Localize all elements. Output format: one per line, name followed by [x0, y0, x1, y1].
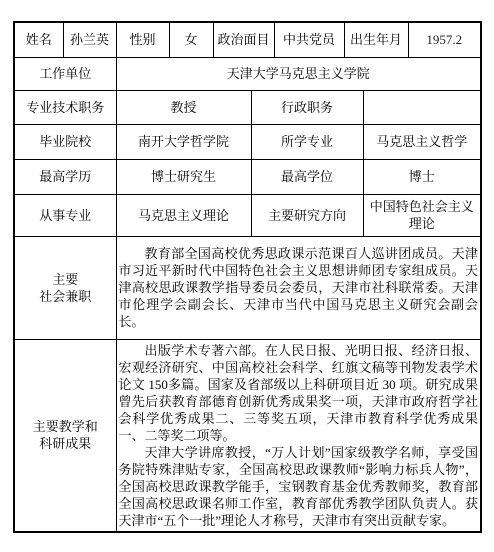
admin-post-label-cell: 行政职务	[251, 90, 363, 124]
social-posts-paragraph: 教育部全国高校优秀思政课示范课百人巡讲团成员。天津市习近平新时代中国特色社会主义…	[119, 245, 479, 330]
admin-post-value-cell	[363, 90, 481, 124]
row-achievements: 主要教学和 科研成果 出版学术专著六部。在人民日报、光明日报、经济日报、宏观经济…	[14, 339, 481, 532]
achievements-label-cell: 主要教学和 科研成果	[14, 339, 116, 532]
row-social-posts: 主要 社会兼职 教育部全国高校优秀思政课示范课百人巡讲团成员。天津市习近平新时代…	[14, 236, 481, 339]
highest-degree-label-cell: 最高学位	[251, 159, 363, 194]
achievements-label-line1: 主要教学和	[17, 418, 114, 435]
gender-value-cell: 女	[169, 22, 213, 57]
professional-title-label-cell: 专业技术职务	[14, 90, 116, 124]
highest-education-value-cell: 博士研究生	[116, 159, 251, 194]
row-work-unit: 工作单位 天津大学马克思主义学院	[14, 57, 481, 90]
field-label-cell: 从事专业	[14, 194, 116, 236]
birth-date-value-cell: 1957.2	[408, 22, 481, 57]
major-value-cell: 马克思主义哲学	[363, 124, 481, 159]
achievements-paragraph-1: 出版学术专著六部。在人民日报、光明日报、经济日报、宏观经济研究、中国高校社会科学…	[119, 342, 479, 444]
social-posts-label-line1: 主要	[17, 271, 114, 288]
professional-title-value-cell: 教授	[116, 90, 251, 124]
personnel-info-table: 姓名 孙兰英 性别 女 政治面目 中共党员 出生年月 1957.2 工作单位 天…	[13, 21, 482, 533]
row-titles: 专业技术职务 教授 行政职务	[14, 90, 481, 124]
political-status-value-cell: 中共党员	[274, 22, 344, 57]
social-posts-content-cell: 教育部全国高校优秀思政课示范课百人巡讲团成员。天津市习近平新时代中国特色社会主义…	[116, 236, 481, 339]
social-posts-label-line2: 社会兼职	[17, 288, 114, 305]
row-basic-info: 姓名 孙兰英 性别 女 政治面目 中共党员 出生年月 1957.2	[14, 22, 481, 57]
achievements-label-line2: 科研成果	[17, 435, 114, 452]
social-posts-label-cell: 主要 社会兼职	[14, 236, 116, 339]
research-direction-value-cell: 中国特色社会主义理论	[363, 194, 481, 236]
graduate-school-value-cell: 南开大学哲学院	[116, 124, 251, 159]
row-education-school: 毕业院校 南开大学哲学院 所学专业 马克思主义哲学	[14, 124, 481, 159]
birth-date-label-cell: 出生年月	[344, 22, 408, 57]
document-page: 姓名 孙兰英 性别 女 政治面目 中共党员 出生年月 1957.2 工作单位 天…	[0, 0, 494, 552]
row-degree: 最高学历 博士研究生 最高学位 博士	[14, 159, 481, 194]
achievements-content-cell: 出版学术专著六部。在人民日报、光明日报、经济日报、宏观经济研究、中国高校社会科学…	[116, 339, 481, 532]
work-unit-label-cell: 工作单位	[14, 57, 116, 90]
research-direction-label-cell: 主要研究方向	[251, 194, 363, 236]
highest-education-label-cell: 最高学历	[14, 159, 116, 194]
major-label-cell: 所学专业	[251, 124, 363, 159]
name-value-cell: 孙兰英	[63, 22, 116, 57]
field-value-cell: 马克思主义理论	[116, 194, 251, 236]
graduate-school-label-cell: 毕业院校	[14, 124, 116, 159]
highest-degree-value-cell: 博士	[363, 159, 481, 194]
row-specialty: 从事专业 马克思主义理论 主要研究方向 中国特色社会主义理论	[14, 194, 481, 236]
achievements-paragraph-2: 天津大学讲席教授，“万人计划”国家级教学名师，享受国务院特殊津贴专家，全国高校思…	[119, 444, 479, 529]
work-unit-value-cell: 天津大学马克思主义学院	[116, 57, 481, 90]
gender-label-cell: 性别	[116, 22, 169, 57]
political-status-label-cell: 政治面目	[213, 22, 274, 57]
name-label-cell: 姓名	[14, 22, 63, 57]
